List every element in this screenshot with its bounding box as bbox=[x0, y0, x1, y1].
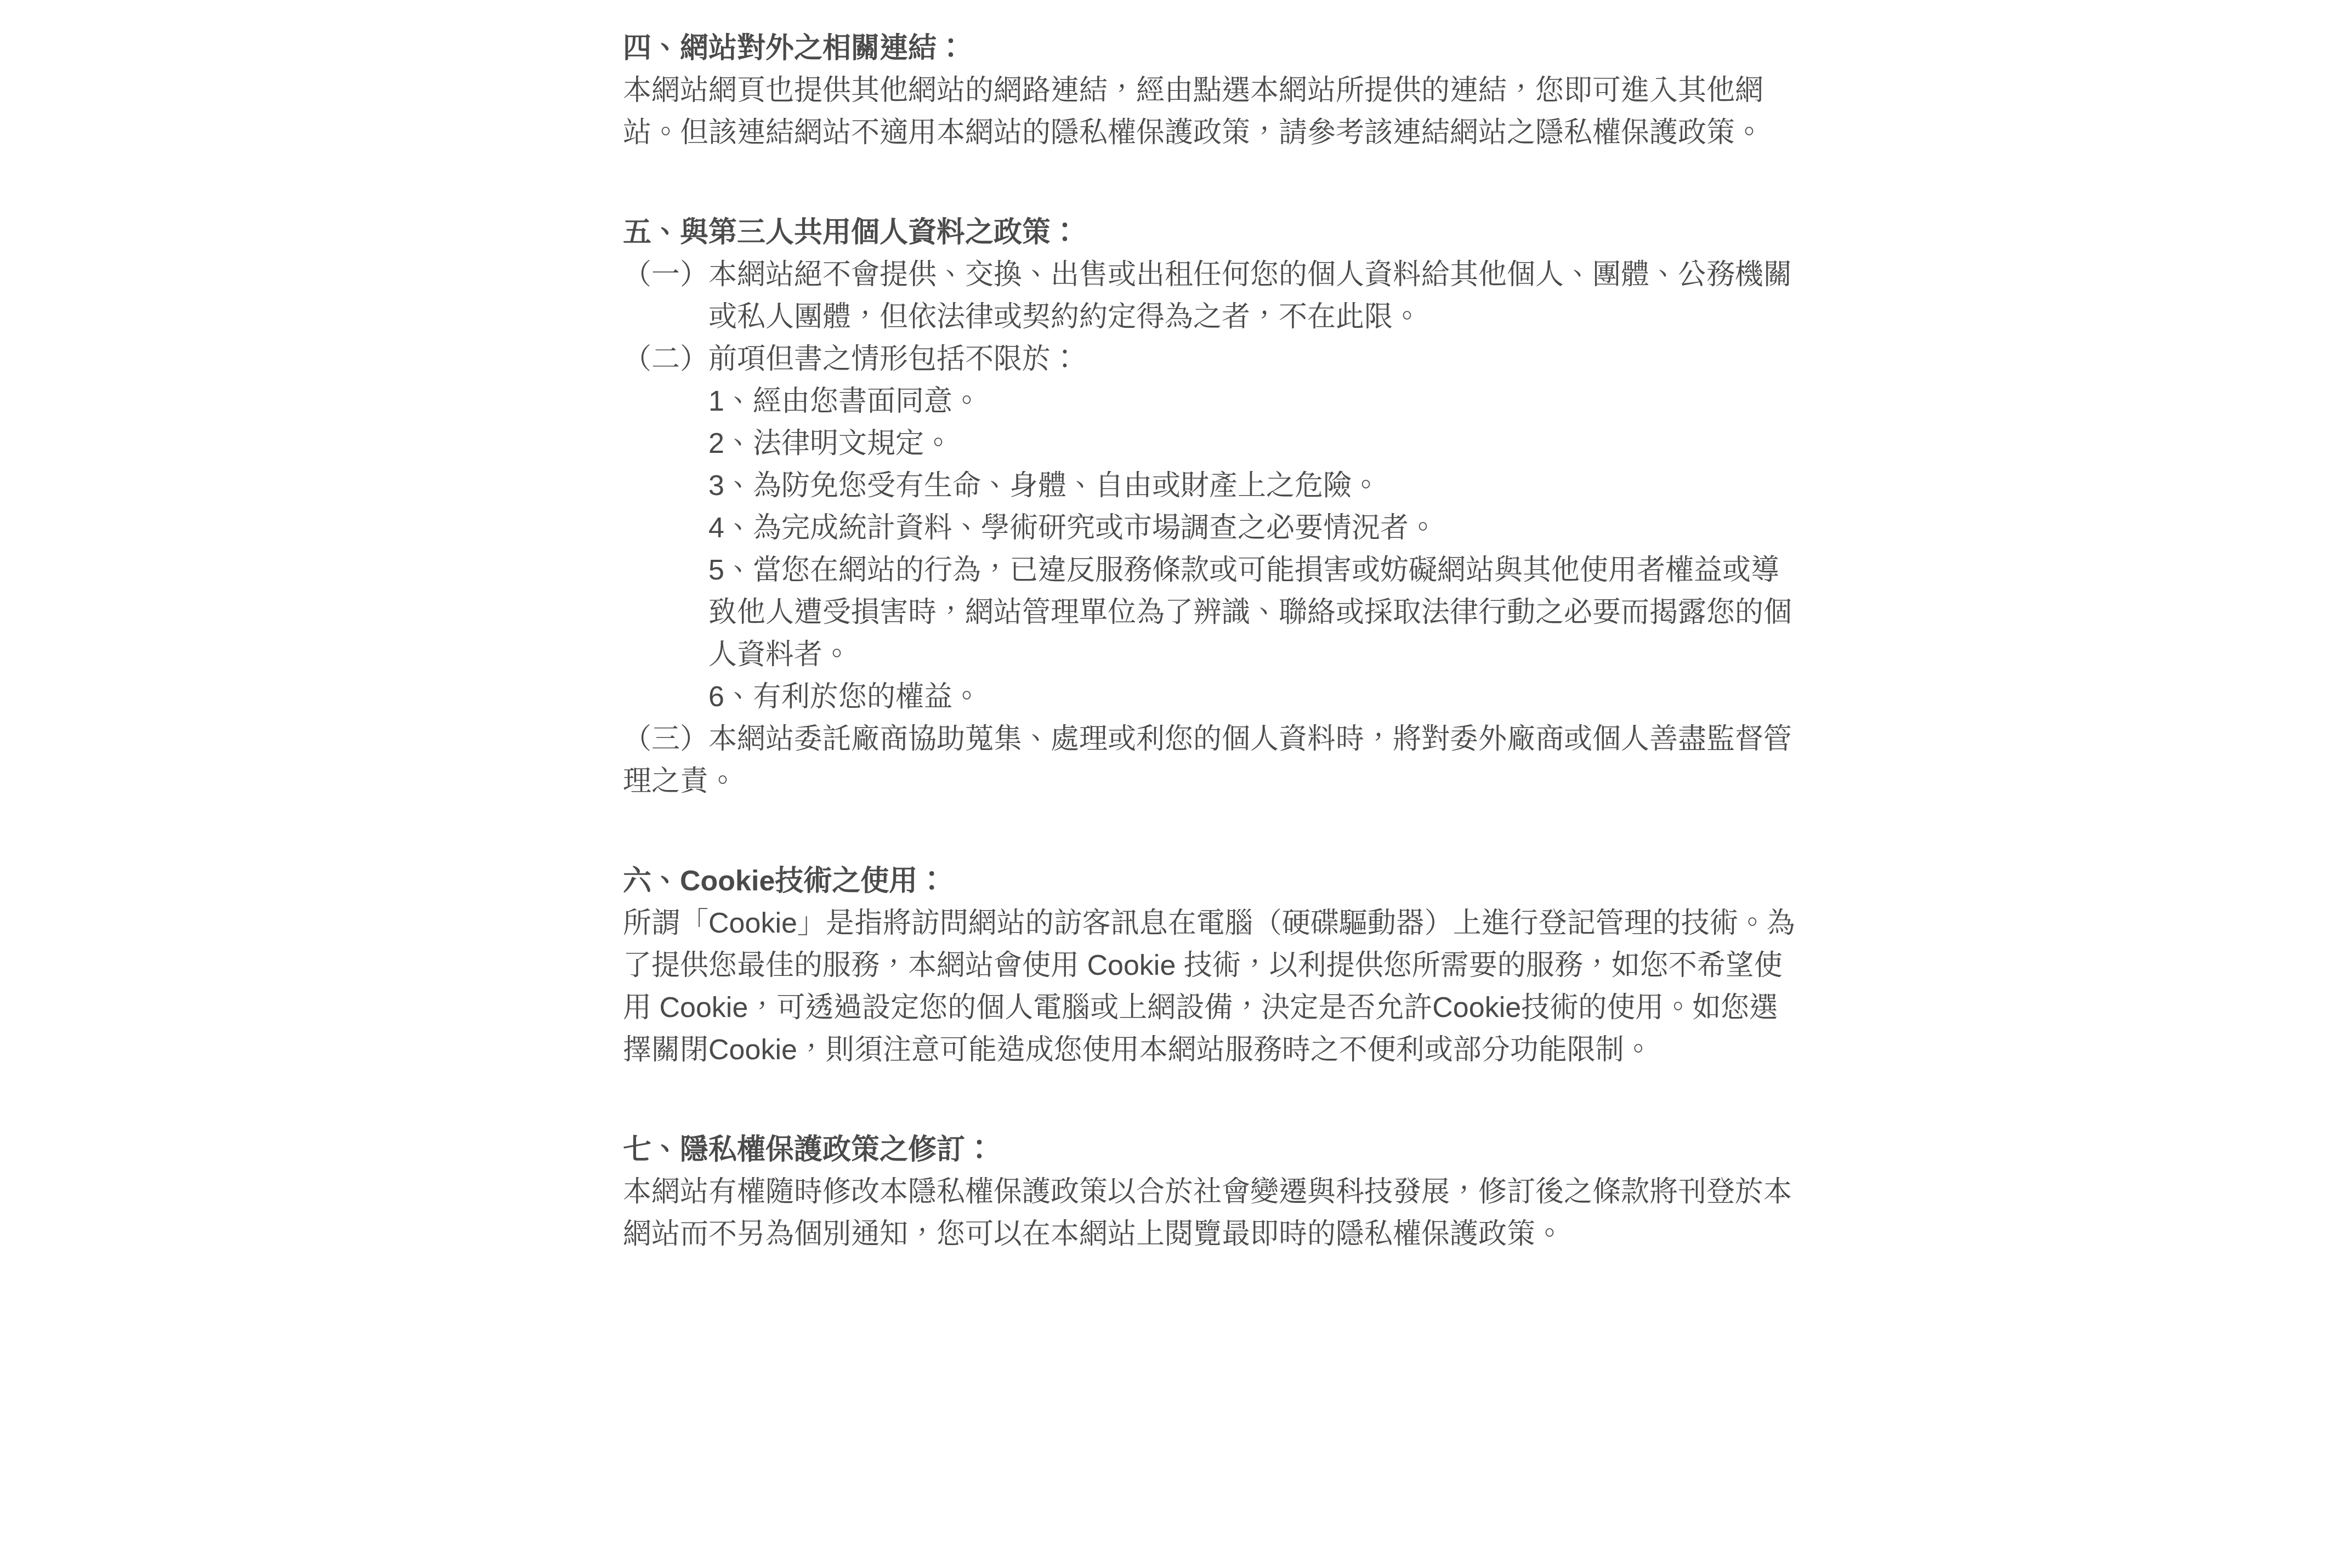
section-cookie-usage: 六、Cookie技術之使用： 所謂「Cookie」是指將訪問網站的訪客訊息在電腦… bbox=[623, 860, 1802, 1071]
policy-content: 四、網站對外之相關連結： 本網站網頁也提供其他網站的網路連結，經由點選本網站所提… bbox=[623, 27, 1802, 1255]
section-paragraph: 所謂「Cookie」是指將訪問網站的訪客訊息在電腦（硬碟驅動器）上進行登記管理的… bbox=[623, 902, 1802, 1071]
clause-label: （一） bbox=[623, 254, 708, 296]
list-item: 6、有利於您的權益。 bbox=[708, 676, 1802, 718]
list-item: 5、當您在網站的行為，已違反服務條款或可能損害或妨礙網站與其他使用者權益或導致他… bbox=[708, 549, 1802, 676]
list-item: 1、經由您書面同意。 bbox=[708, 380, 1802, 423]
clause-1: （一） 本網站絕不會提供、交換、出售或出租任何您的個人資料給其他個人、團體、公務… bbox=[623, 254, 1802, 338]
clause-label: （二） bbox=[623, 338, 708, 380]
clause-text: 前項但書之情形包括不限於： bbox=[708, 343, 1079, 375]
clause-text: 本網站委託廠商協助蒐集、處理或利您的個人資料時，將對委外廠商或個人善盡監督管理之… bbox=[623, 723, 1792, 797]
section-paragraph: 本網站網頁也提供其他網站的網路連結，經由點選本網站所提供的連結，您即可進入其他網… bbox=[623, 70, 1802, 154]
privacy-policy-page: { "page": { "background_color": "#ffffff… bbox=[0, 0, 2349, 1568]
clause-2-sublist: 1、經由您書面同意。 2、法律明文規定。 3、為防免您受有生命、身體、自由或財產… bbox=[708, 380, 1802, 718]
section-heading: 五、與第三人共用個人資料之政策： bbox=[623, 212, 1802, 254]
section-third-party-sharing: 五、與第三人共用個人資料之政策： （一） 本網站絕不會提供、交換、出售或出租任何… bbox=[623, 212, 1802, 803]
section-heading: 四、網站對外之相關連結： bbox=[623, 27, 1802, 70]
clause-text: 本網站絕不會提供、交換、出售或出租任何您的個人資料給其他個人、團體、公務機關或私… bbox=[708, 259, 1792, 333]
section-external-links: 四、網站對外之相關連結： 本網站網頁也提供其他網站的網路連結，經由點選本網站所提… bbox=[623, 27, 1802, 154]
list-item: 3、為防免您受有生命、身體、自由或財產上之危險。 bbox=[708, 465, 1802, 507]
section-policy-revision: 七、隱私權保護政策之修訂： 本網站有權隨時修改本隱私權保護政策以合於社會變遷與科… bbox=[623, 1129, 1802, 1255]
list-item: 4、為完成統計資料、學術研究或市場調查之必要情況者。 bbox=[708, 507, 1802, 549]
section-heading: 六、Cookie技術之使用： bbox=[623, 860, 1802, 902]
list-item: 2、法律明文規定。 bbox=[708, 423, 1802, 465]
clause-3: （三）本網站委託廠商協助蒐集、處理或利您的個人資料時，將對委外廠商或個人善盡監督… bbox=[623, 718, 1802, 803]
section-paragraph: 本網站有權隨時修改本隱私權保護政策以合於社會變遷與科技發展，修訂後之條款將刊登於… bbox=[623, 1171, 1802, 1255]
section-heading: 七、隱私權保護政策之修訂： bbox=[623, 1129, 1802, 1171]
clause-label: （三） bbox=[623, 723, 708, 755]
clause-2: （二） 前項但書之情形包括不限於： bbox=[623, 338, 1802, 380]
